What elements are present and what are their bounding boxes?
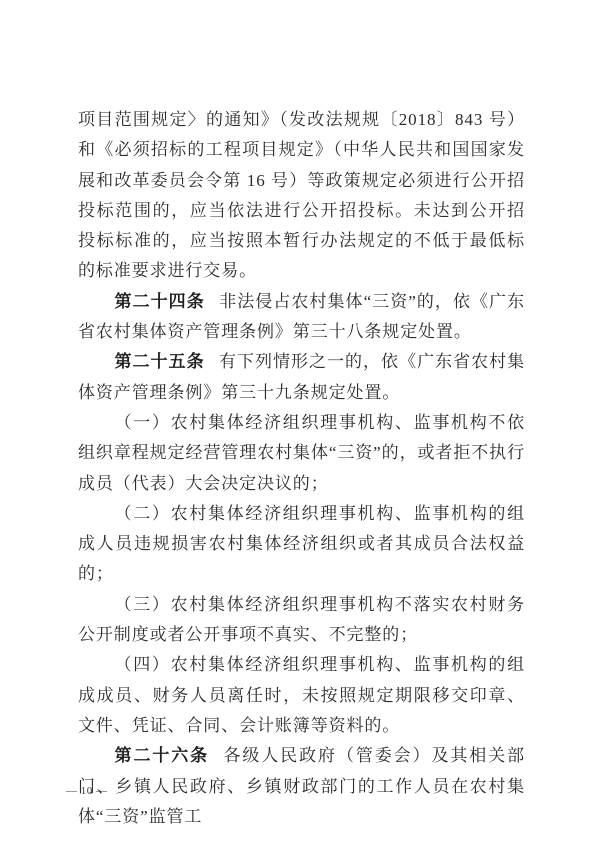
- article-26-number: 第二十六条: [115, 746, 210, 765]
- article-24-paragraph: 第二十四条非法侵占农村集体“三资”的，依《广东省农村集体资产管理条例》第三十八条…: [78, 287, 525, 348]
- article-26-paragraph: 第二十六条各级人民政府（管委会）及其相关部门、乡镇人民政府、乡镇财政部门的工作人…: [78, 741, 525, 832]
- article-25-paragraph: 第二十五条有下列情形之一的，依《广东省农村集体资产管理条例》第三十九条规定处置。: [78, 347, 525, 408]
- clause-three-paragraph: （三）农村集体经济组织理事机构不落实农村财务公开制度或者公开事项不真实、不完整的…: [78, 590, 525, 651]
- paragraph-text: （三）农村集体经济组织理事机构不落实农村财务公开制度或者公开事项不真实、不完整的…: [78, 595, 525, 644]
- article-25-number: 第二十五条: [115, 352, 205, 371]
- paragraph-continuation: 项目范围规定〉的通知》（发改法规规〔2018〕843 号）和《必须招标的工程项目…: [78, 105, 525, 287]
- clause-one-paragraph: （一）农村集体经济组织理事机构、监事机构不依组织章程规定经营管理农村集体“三资”…: [78, 408, 525, 499]
- paragraph-text: 项目范围规定〉的通知》（发改法规规〔2018〕843 号）和《必须招标的工程项目…: [78, 110, 525, 280]
- clause-two-paragraph: （二）农村集体经济组织理事机构、监事机构的组成人员违规损害农村集体经济组织或者其…: [78, 499, 525, 590]
- page-number: — 10 —: [66, 785, 108, 797]
- clause-four-paragraph: （四）农村集体经济组织理事机构、监事机构的组成成员、财务人员离任时，未按照规定期…: [78, 650, 525, 741]
- document-page: 项目范围规定〉的通知》（发改法规规〔2018〕843 号）和《必须招标的工程项目…: [0, 0, 600, 848]
- paragraph-text: （二）农村集体经济组织理事机构、监事机构的组成人员违规损害农村集体经济组织或者其…: [78, 504, 525, 584]
- document-body: 项目范围规定〉的通知》（发改法规规〔2018〕843 号）和《必须招标的工程项目…: [78, 105, 525, 832]
- article-24-number: 第二十四条: [115, 292, 205, 311]
- paragraph-text: （一）农村集体经济组织理事机构、监事机构不依组织章程规定经营管理农村集体“三资”…: [78, 413, 525, 493]
- paragraph-text: （四）农村集体经济组织理事机构、监事机构的组成成员、财务人员离任时，未按照规定期…: [78, 655, 525, 735]
